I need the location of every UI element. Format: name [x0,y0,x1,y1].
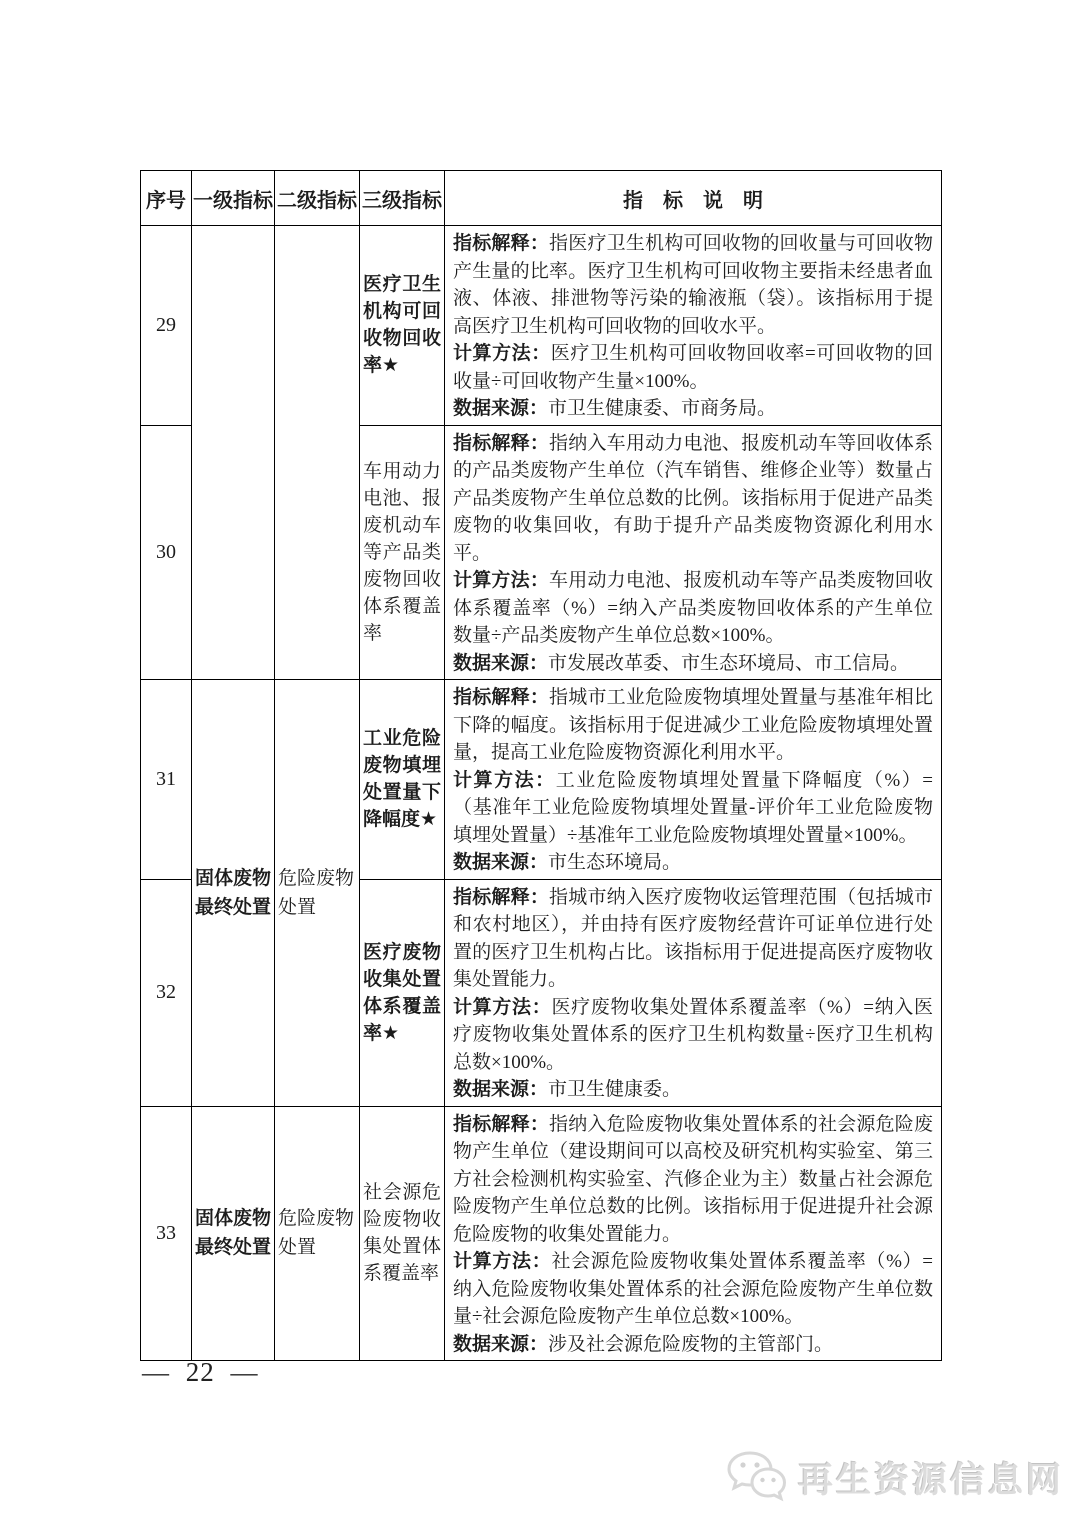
header-level2: 二级指标 [275,171,360,226]
source-label: 数据来源： [453,398,548,419]
source-paragraph: 数据来源：涉及社会源危险废物的主管部门。 [453,1331,933,1359]
explain-paragraph: 指标解释：指纳入危险废物收集处置体系的社会源危险废物产生单位（建设期间可以高校及… [453,1111,933,1249]
source-label: 数据来源： [453,1079,548,1100]
serial-cell: 31 [141,680,192,880]
level2-cell-empty [275,226,360,680]
explain-label: 指标解释： [453,887,549,908]
method-label: 计算方法： [453,343,551,364]
source-text: 市发展改革委、市生态环境局、市工信局。 [548,653,909,674]
serial-cell: 33 [141,1106,192,1361]
page-number: — 22 — [142,1357,259,1388]
source-text: 市卫生健康委、市商务局。 [548,398,776,419]
description-cell: 指标解释：指纳入危险废物收集处置体系的社会源危险废物产生单位（建设期间可以高校及… [445,1106,942,1361]
level2-cell: 危险废物处置 [275,680,360,1107]
serial-cell: 29 [141,226,192,426]
method-label: 计算方法： [453,570,549,591]
source-paragraph: 数据来源：市生态环境局。 [453,849,933,877]
indicators-table-wrap: 序号 一级指标 二级指标 三级指标 指 标 说 明 29 医疗卫生机构可回收物回… [140,170,941,1361]
method-paragraph: 计算方法：车用动力电池、报废机动车等产品类废物回收体系覆盖率（%）=纳入产品类废… [453,567,933,650]
method-paragraph: 计算方法：医疗卫生机构可回收物回收率=可回收物的回收量÷可回收物产生量×100%… [453,340,933,395]
level1-cell: 固体废物最终处置 [192,680,275,1107]
header-level3: 三级指标 [360,171,445,226]
level3-cell: 车用动力电池、报废机动车等产品类废物回收体系覆盖率 [360,425,445,680]
header-description: 指 标 说 明 [445,171,942,226]
explain-label: 指标解释： [453,233,549,254]
source-label: 数据来源： [453,653,548,674]
explain-paragraph: 指标解释：指城市工业危险废物填埋处置量与基准年相比下降的幅度。该指标用于促进减少… [453,684,933,767]
table-header-row: 序号 一级指标 二级指标 三级指标 指 标 说 明 [141,171,942,226]
source-label: 数据来源： [453,1334,548,1355]
watermark: 再生资源信息网 [724,1449,1064,1507]
watermark-text: 再生资源信息网 [798,1453,1064,1503]
indicators-table: 序号 一级指标 二级指标 三级指标 指 标 说 明 29 医疗卫生机构可回收物回… [140,170,942,1361]
method-paragraph: 计算方法：社会源危险废物收集处置体系覆盖率（%）=纳入危险废物收集处置体系的社会… [453,1248,933,1331]
description-cell: 指标解释：指城市工业危险废物填埋处置量与基准年相比下降的幅度。该指标用于促进减少… [445,680,942,880]
level2-cell: 危险废物处置 [275,1106,360,1361]
source-paragraph: 数据来源：市卫生健康委、市商务局。 [453,395,933,423]
description-cell: 指标解释：指医疗卫生机构可回收物的回收量与可回收物产生量的比率。医疗卫生机构可回… [445,226,942,426]
explain-paragraph: 指标解释：指纳入车用动力电池、报废机动车等回收体系的产品类废物产生单位（汽车销售… [453,430,933,568]
source-text: 市卫生健康委。 [548,1079,681,1100]
table-row-29: 29 医疗卫生机构可回收物回收率★ 指标解释：指医疗卫生机构可回收物的回收量与可… [141,226,942,426]
serial-cell: 30 [141,425,192,680]
level3-cell: 社会源危险废物收集处置体系覆盖率 [360,1106,445,1361]
level1-cell-empty [192,226,275,680]
level3-cell: 工业危险废物填埋处置量下降幅度★ [360,680,445,880]
explain-label: 指标解释： [453,433,549,454]
wechat-icon [724,1449,788,1507]
source-text: 涉及社会源危险废物的主管部门。 [548,1334,833,1355]
source-label: 数据来源： [453,852,548,873]
level3-cell: 医疗废物收集处置体系覆盖率★ [360,879,445,1106]
header-level1: 一级指标 [192,171,275,226]
explain-paragraph: 指标解释：指医疗卫生机构可回收物的回收量与可回收物产生量的比率。医疗卫生机构可回… [453,230,933,340]
method-label: 计算方法： [453,1251,551,1272]
source-paragraph: 数据来源：市发展改革委、市生态环境局、市工信局。 [453,650,933,678]
source-text: 市生态环境局。 [548,852,681,873]
explain-label: 指标解释： [453,1114,549,1135]
explain-paragraph: 指标解释：指城市纳入医疗废物收运管理范围（包括城市和农村地区），并由持有医疗废物… [453,884,933,994]
level1-cell: 固体废物最终处置 [192,1106,275,1361]
serial-cell: 32 [141,879,192,1106]
description-cell: 指标解释：指纳入车用动力电池、报废机动车等回收体系的产品类废物产生单位（汽车销售… [445,425,942,680]
level3-cell: 医疗卫生机构可回收物回收率★ [360,226,445,426]
method-paragraph: 计算方法：医疗废物收集处置体系覆盖率（%）=纳入医疗废物收集处置体系的医疗卫生机… [453,994,933,1077]
source-paragraph: 数据来源：市卫生健康委。 [453,1076,933,1104]
description-cell: 指标解释：指城市纳入医疗废物收运管理范围（包括城市和农村地区），并由持有医疗废物… [445,879,942,1106]
method-label: 计算方法： [453,997,551,1018]
method-label: 计算方法： [453,770,556,791]
header-serial: 序号 [141,171,192,226]
method-paragraph: 计算方法：工业危险废物填埋处置量下降幅度（%）=（基准年工业危险废物填埋处置量-… [453,767,933,850]
table-row-33: 33 固体废物最终处置 危险废物处置 社会源危险废物收集处置体系覆盖率 指标解释… [141,1106,942,1361]
explain-label: 指标解释： [453,687,549,708]
table-row-31: 31 固体废物最终处置 危险废物处置 工业危险废物填埋处置量下降幅度★ 指标解释… [141,680,942,880]
